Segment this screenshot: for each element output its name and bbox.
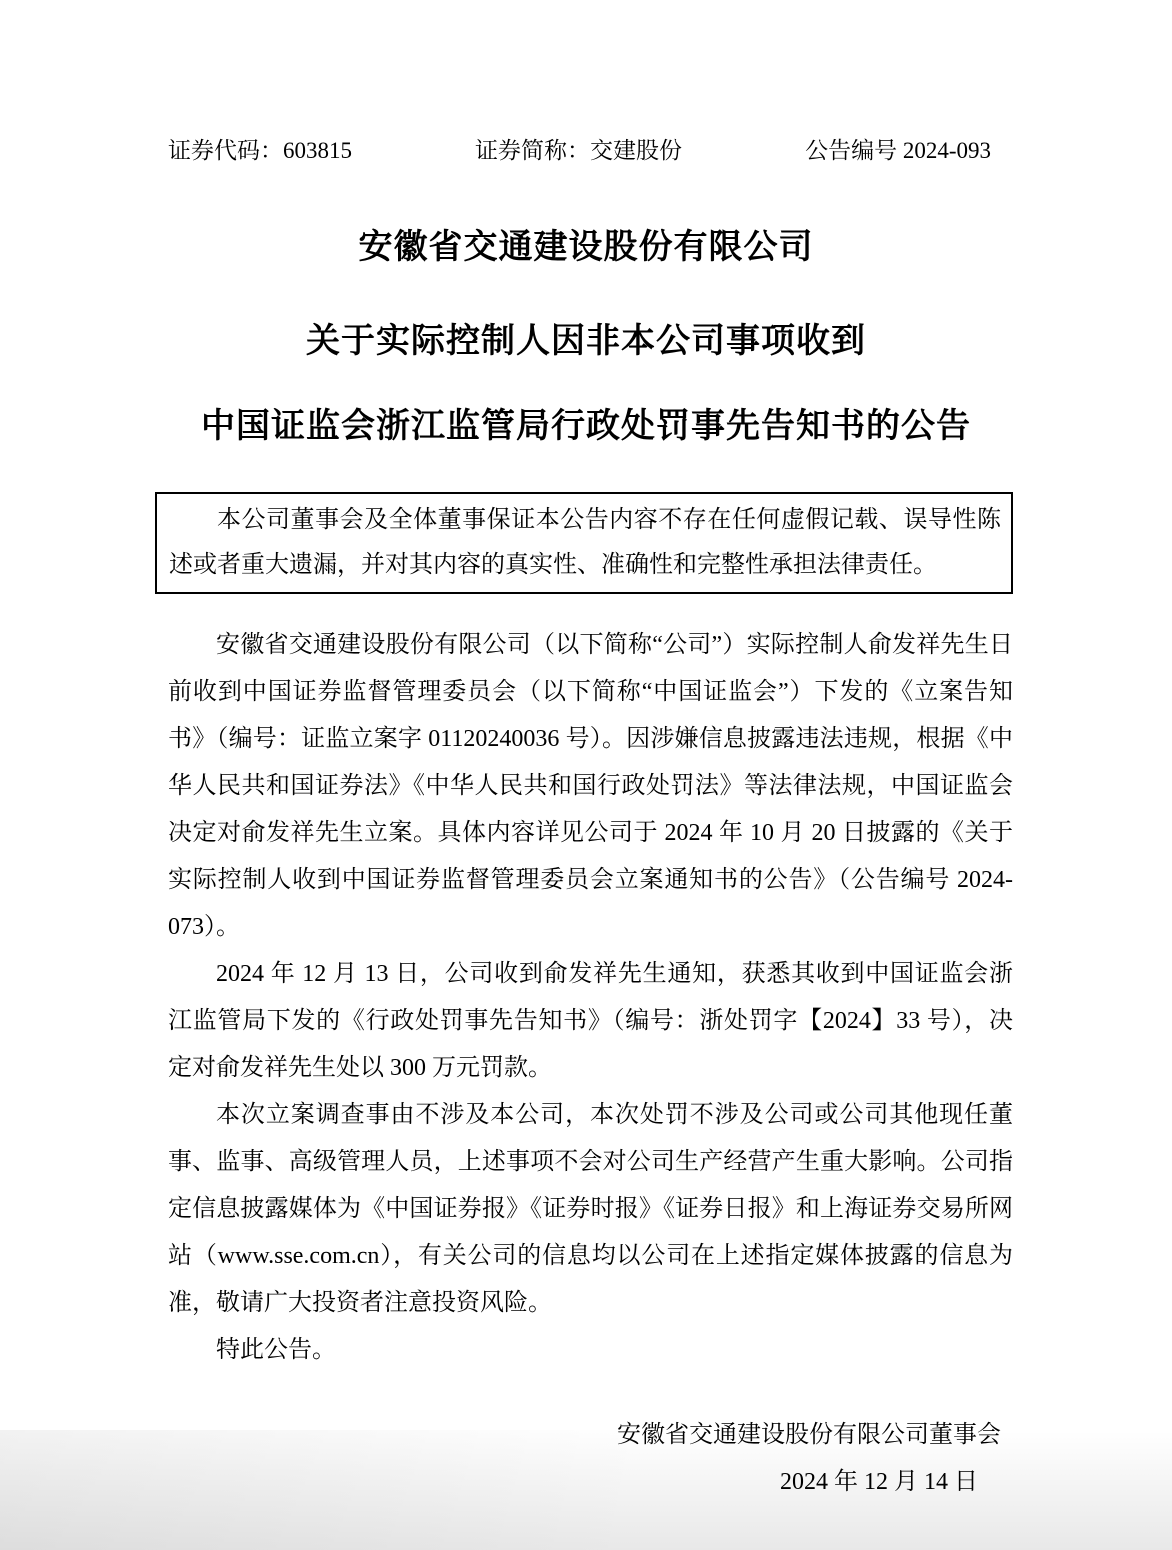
closing-statement: 特此公告。 <box>168 1327 1013 1374</box>
stock-code: 证券代码：603815 <box>168 137 352 165</box>
announcement-page: 证券代码：603815 证券简称：交建股份 公告编号 2024-093 安徽省交… <box>0 0 1172 1550</box>
announcement-number: 公告编号 2024-093 <box>805 137 991 165</box>
body-paragraph: 安徽省交通建设股份有限公司（以下简称“公司”）实际控制人俞发祥先生日前收到中国证… <box>168 622 1013 951</box>
body-paragraph: 2024 年 12 月 13 日，公司收到俞发祥先生通知，获悉其收到中国证监会浙… <box>168 951 1013 1092</box>
announcement-title-line1: 关于实际控制人因非本公司事项收到 <box>0 322 1172 360</box>
doc-body: 安徽省交通建设股份有限公司（以下简称“公司”）实际控制人俞发祥先生日前收到中国证… <box>168 622 1013 1506</box>
announcement-title-line2: 中国证监会浙江监管局行政处罚事先告知书的公告 <box>0 407 1172 445</box>
doc-header: 证券代码：603815 证券简称：交建股份 公告编号 2024-093 <box>168 137 991 165</box>
signature-date: 2024 年 12 月 14 日 <box>168 1459 1013 1506</box>
company-title: 安徽省交通建设股份有限公司 <box>0 228 1172 266</box>
stock-name: 证券简称：交建股份 <box>475 137 682 165</box>
signature-block: 安徽省交通建设股份有限公司董事会 2024 年 12 月 14 日 <box>168 1412 1013 1506</box>
disclaimer-text: 本公司董事会及全体董事保证本公告内容不存在任何虚假记载、误导性陈述或者重大遗漏，… <box>169 498 1001 588</box>
body-paragraph: 本次立案调查事由不涉及本公司，本次处罚不涉及公司或公司其他现任董事、监事、高级管… <box>168 1092 1013 1327</box>
disclaimer-box: 本公司董事会及全体董事保证本公告内容不存在任何虚假记载、误导性陈述或者重大遗漏，… <box>155 492 1013 594</box>
signature-company: 安徽省交通建设股份有限公司董事会 <box>168 1412 1013 1459</box>
